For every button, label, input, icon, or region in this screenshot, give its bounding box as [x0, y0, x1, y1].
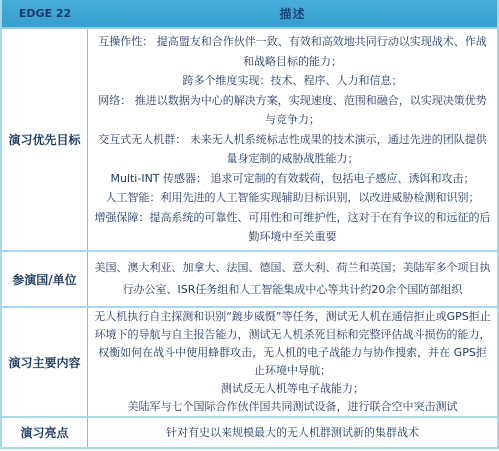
paragraph-artificial-intelligence: 人工智能：利用先进的人工智能实现辅助目标识别，以改进威胁检测和识别； — [93, 188, 492, 208]
paragraph-enhanced-sustainment: 增强保障：提高系统的可靠性、可用性和可维护性，这对于在有争议的和远征的后勤环境中… — [93, 208, 492, 247]
row-content-participants: 美国、澳大利亚、加拿大、法国、德国、意大利、荷兰和英国；美陆军多个项目执行办公室… — [88, 252, 497, 306]
row-label-main-content: 演习主要内容 — [2, 308, 88, 416]
row-label-highlights: 演习亮点 — [2, 418, 88, 447]
paragraph-joint-air-assault: 美陆军与七个国际合作伙伴国共同测试设备，进行联合空中突击测试 — [93, 398, 492, 416]
table: EDGE 22 描述 演习优先目标 互操作性： 提高盟友和合作伙伴一致、有效和高… — [0, 0, 499, 449]
column-header-description: 描述 — [88, 0, 497, 27]
paragraph-network: 网络： 推进以数据为中心的解决方案，实现速度、范围和融合，以实现决策优势与竞争力… — [93, 91, 492, 130]
paragraph-participant-countries: 美国、澳大利亚、加拿大、法国、德国、意大利、荷兰和英国；美陆军多个项目执行办公室… — [93, 257, 492, 301]
paragraph-interactive-drone-swarm: 交互式无人机群： 未来无人机系统标志性成果的技术演示，通过先进的团队提供量身定制… — [93, 130, 492, 169]
row-content-exercise-priorities: 互操作性： 提高盟友和合作伙伴一致、有效和高效地共同行动以实现战术、作战和战略目… — [88, 29, 497, 250]
table-row-highlights: 演习亮点 针对有史以来规模最大的无人机群测试新的集群战术 — [2, 418, 497, 447]
table-title: EDGE 22 — [2, 0, 88, 27]
row-content-main-content: 无人机执行自主探测和识别“踱步威慑”等任务，测试无人机在通信拒止或GPS拒止环境… — [88, 308, 497, 416]
table-row-exercise-priorities: 演习优先目标 互操作性： 提高盟友和合作伙伴一致、有效和高效地共同行动以实现战术… — [2, 29, 497, 252]
table-row-main-content: 演习主要内容 无人机执行自主探测和识别“踱步威慑”等任务，测试无人机在通信拒止或… — [2, 308, 497, 418]
edge22-exercise-table: EDGE 22 描述 演习优先目标 互操作性： 提高盟友和合作伙伴一致、有效和高… — [0, 0, 499, 451]
paragraph-drone-tasks: 无人机执行自主探测和识别“踱步威慑”等任务，测试无人机在通信拒止或GPS拒止环境… — [93, 308, 492, 380]
paragraph-multi-int-sensors: Multi-INT 传感器： 追求可定制的有效载荷，包括电子感应、诱饵和攻击； — [93, 169, 492, 189]
table-header-row: EDGE 22 描述 — [2, 0, 497, 29]
paragraph-counter-uas: 测试反无人机等电子战能力； — [93, 380, 492, 398]
row-label-participants: 参演国/单位 — [2, 252, 88, 306]
row-content-highlights: 针对有史以来规模最大的无人机群测试新的集群战术 — [88, 418, 497, 447]
paragraph-dimensions: 跨多个维度实现：技术、程序、人力和信息； — [93, 71, 492, 91]
row-label-exercise-priorities: 演习优先目标 — [2, 29, 88, 250]
paragraph-swarm-tactics: 针对有史以来规模最大的无人机群测试新的集群战术 — [93, 426, 492, 440]
paragraph-interoperability: 互操作性： 提高盟友和合作伙伴一致、有效和高效地共同行动以实现战术、作战和战略目… — [93, 32, 492, 71]
table-row-participants: 参演国/单位 美国、澳大利亚、加拿大、法国、德国、意大利、荷兰和英国；美陆军多个… — [2, 252, 497, 308]
